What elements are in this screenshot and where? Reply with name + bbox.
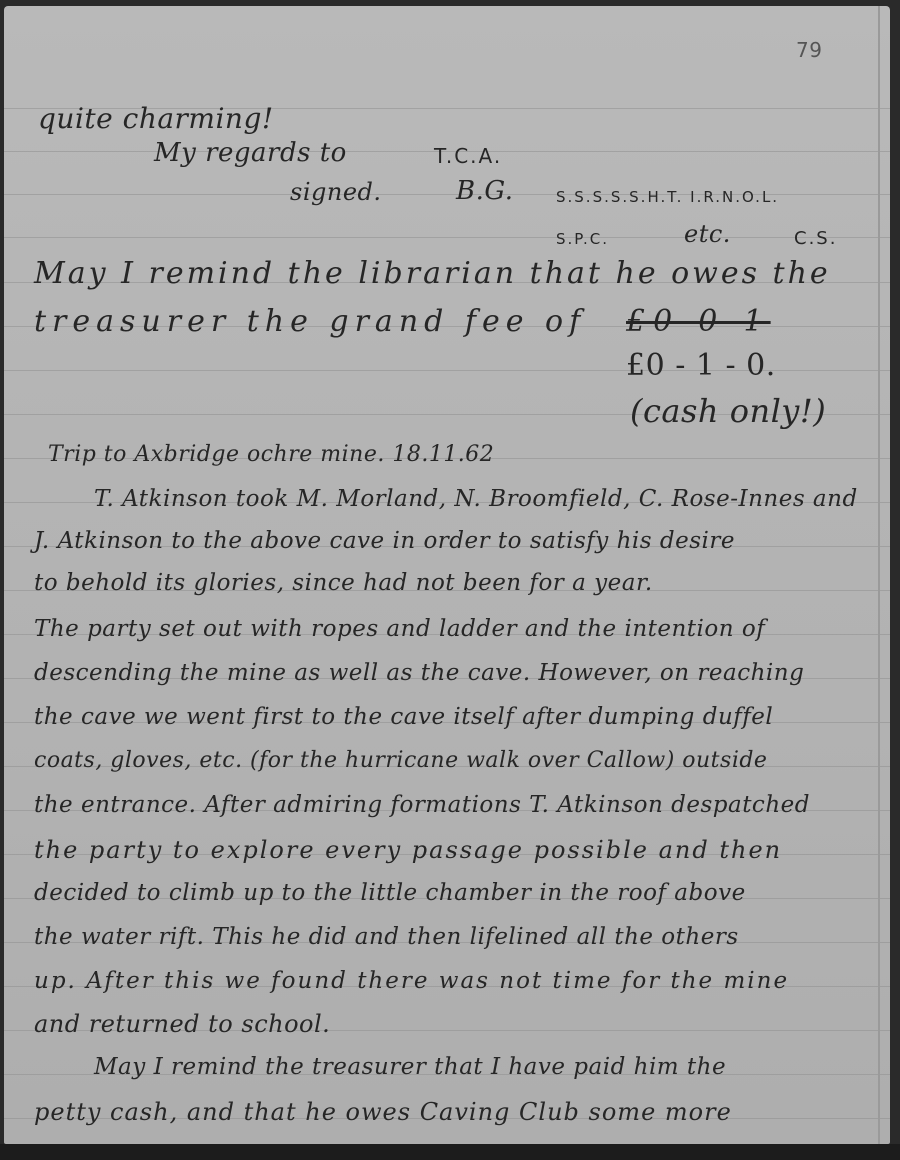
notebook-page: 79 quite charming! My regards to T.C.A. … (4, 6, 890, 1144)
reminder-line-1: May I remind the librarian that he owes … (34, 256, 831, 291)
trip-line: the party to explore every passage possi… (34, 836, 782, 864)
trip-line: The party set out with ropes and ladder … (34, 616, 765, 642)
petty-cash-line: petty cash, and that he owes Caving Club… (34, 1098, 732, 1126)
trip-line: J. Atkinson to the above cave in order t… (34, 528, 735, 554)
trip-line: up. After this we found there was not ti… (34, 968, 789, 994)
reminder-line-2: treasurer the grand fee of (34, 304, 586, 339)
note-titles-spc: S.P.C. (556, 230, 609, 248)
note-regards: My regards to (154, 138, 347, 168)
reminder-cash-only: (cash only!) (630, 392, 826, 430)
trip-line: the entrance. After admiring formations … (34, 792, 810, 818)
trip-heading: Trip to Axbridge ochre mine. 18.11.62 (48, 442, 494, 467)
trip-line: descending the mine as well as the cave.… (34, 660, 804, 686)
petty-cash-line: May I remind the treasurer that I have p… (94, 1054, 726, 1080)
note-initials-bg: B.G. (456, 176, 513, 206)
note-signed: signed. (290, 178, 382, 206)
trip-line: the water rift. This he did and then lif… (34, 924, 739, 950)
reminder-struck-amount: £0-0-1 (626, 304, 771, 339)
note-cs: C.S. (794, 228, 837, 249)
trip-line: and returned to school. (34, 1010, 330, 1038)
reminder-amount: £0 - 1 - 0. (626, 348, 776, 383)
trip-line: T. Atkinson took M. Morland, N. Broomfie… (94, 486, 858, 512)
note-initials-tca: T.C.A. (434, 144, 502, 168)
note-etc: etc. (684, 220, 731, 248)
trip-line: decided to climb up to the little chambe… (34, 880, 746, 906)
ruled-line (4, 237, 890, 238)
note-titles-1: S.S.S.S.S.H.T. I.R.N.O.L. (556, 188, 779, 206)
note-line-1: quite charming! (38, 102, 274, 135)
page-number: 79 (796, 38, 822, 62)
trip-line: coats, gloves, etc. (for the hurricane w… (34, 748, 767, 773)
trip-line: to behold its glories, since had not bee… (34, 570, 653, 596)
trip-line: the cave we went first to the cave itsel… (34, 704, 773, 730)
page-bottom-edge (0, 1144, 900, 1160)
